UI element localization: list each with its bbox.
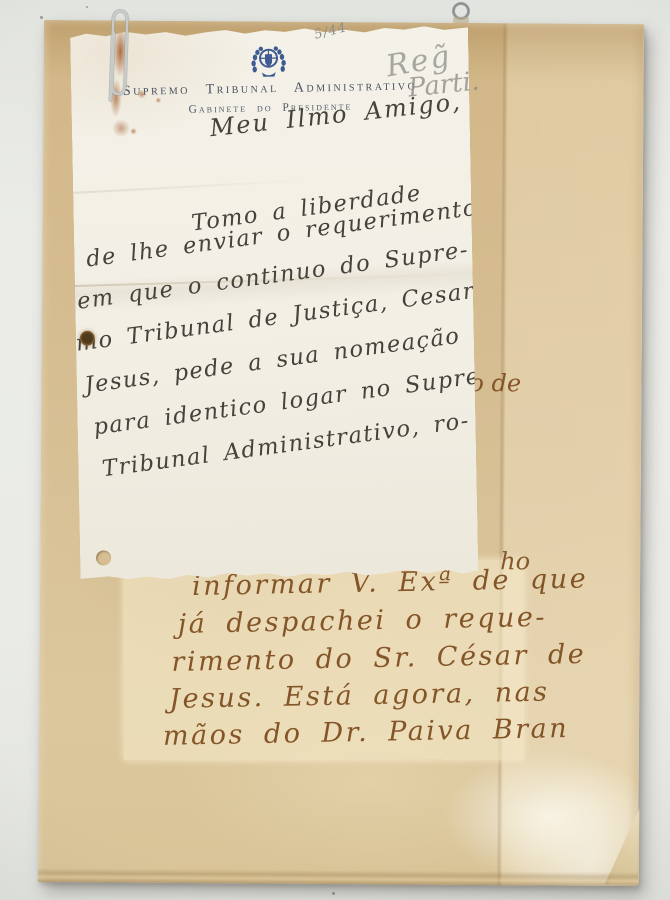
dust-speck <box>332 892 335 895</box>
hanging-ring-icon <box>448 0 474 28</box>
paper-clip <box>101 5 134 106</box>
reply-line: rimento do Sr. César de <box>171 639 586 678</box>
letter-sheet: Supremo Tribunal Administrativo Gabinete… <box>70 25 478 581</box>
dust-speck <box>86 6 88 8</box>
punch-hole <box>96 550 111 565</box>
coat-of-arms-icon <box>246 45 291 80</box>
reply-edge-fragment: o de <box>469 369 521 397</box>
photo-backdrop: o de ho informar V. Exª de que já despac… <box>0 0 670 900</box>
dust-speck <box>40 16 43 19</box>
bent-corner <box>605 808 640 884</box>
rust-stain <box>155 97 161 103</box>
